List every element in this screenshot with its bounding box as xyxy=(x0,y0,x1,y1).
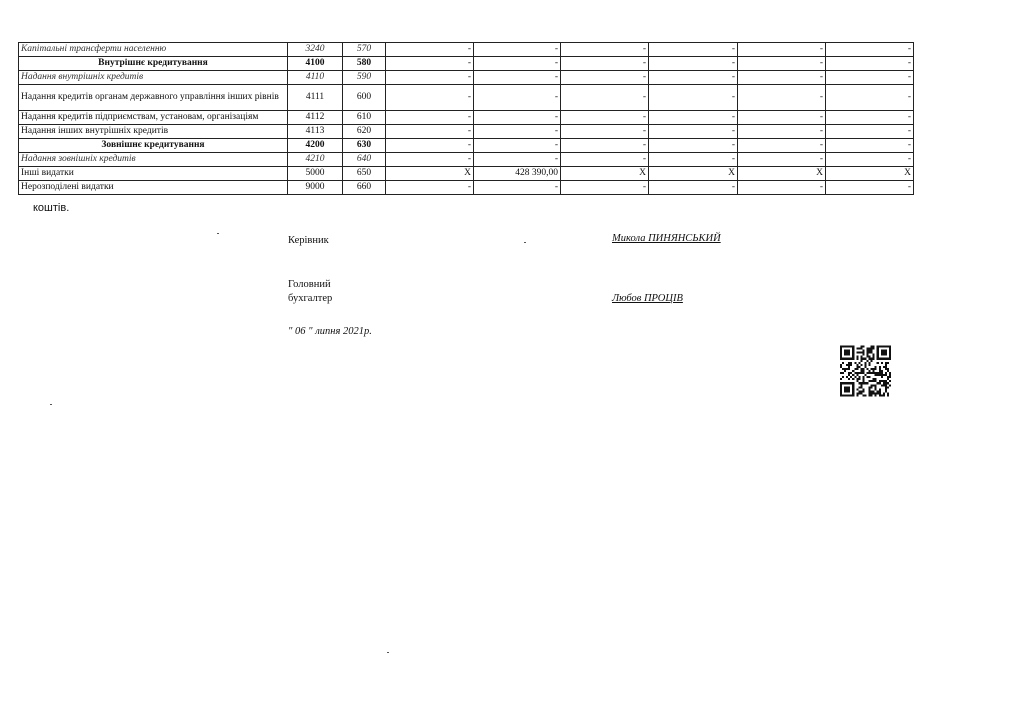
row-value: - xyxy=(561,85,649,111)
row-value: - xyxy=(826,181,914,195)
row-code: 4200 xyxy=(288,139,343,153)
row-value: - xyxy=(386,85,474,111)
scan-speck xyxy=(387,652,389,653)
row-value: - xyxy=(474,43,561,57)
head-label: Керівник xyxy=(288,235,329,246)
table-row: Надання інших внутрішніх кредитів4113620… xyxy=(19,125,914,139)
table-row: Надання зовнішніх кредитів4210640------ xyxy=(19,153,914,167)
row-value: - xyxy=(649,139,738,153)
row-code: 9000 xyxy=(288,181,343,195)
table-row: Внутрішнє кредитування4100580------ xyxy=(19,57,914,71)
row-value: - xyxy=(386,153,474,167)
row-value: - xyxy=(738,85,826,111)
row-line-code: 650 xyxy=(343,167,386,181)
row-value: - xyxy=(826,85,914,111)
row-value: - xyxy=(649,57,738,71)
row-code: 5000 xyxy=(288,167,343,181)
row-value: - xyxy=(738,57,826,71)
row-value: - xyxy=(649,71,738,85)
row-name: Надання кредитів органам державного упра… xyxy=(19,85,288,111)
row-line-code: 610 xyxy=(343,111,386,125)
row-code: 4110 xyxy=(288,71,343,85)
row-value: - xyxy=(474,85,561,111)
row-line-code: 630 xyxy=(343,139,386,153)
row-value: - xyxy=(561,125,649,139)
row-line-code: 640 xyxy=(343,153,386,167)
accountant-label-line2: бухгалтер xyxy=(288,293,332,304)
row-value: - xyxy=(649,43,738,57)
document-page: Капітальні трансферти населенню3240570--… xyxy=(0,0,1024,725)
footnote-text: коштів. xyxy=(33,202,69,214)
scan-speck xyxy=(50,404,52,405)
row-line-code: 600 xyxy=(343,85,386,111)
row-code: 3240 xyxy=(288,43,343,57)
row-value: - xyxy=(826,71,914,85)
row-value: - xyxy=(738,71,826,85)
row-value: - xyxy=(649,181,738,195)
expenditure-table: Капітальні трансферти населенню3240570--… xyxy=(18,42,914,195)
row-line-code: 570 xyxy=(343,43,386,57)
row-value: - xyxy=(738,111,826,125)
table-row: Інші видатки5000650X428 390,00XXXX xyxy=(19,167,914,181)
row-value: - xyxy=(826,57,914,71)
row-value: - xyxy=(738,181,826,195)
row-value: X xyxy=(738,167,826,181)
row-line-code: 590 xyxy=(343,71,386,85)
row-name: Надання зовнішніх кредитів xyxy=(19,153,288,167)
row-value: - xyxy=(738,139,826,153)
qr-code-icon xyxy=(840,342,891,400)
row-value: - xyxy=(474,181,561,195)
row-name: Надання інших внутрішніх кредитів xyxy=(19,125,288,139)
row-value: - xyxy=(649,111,738,125)
row-name: Нерозподілені видатки xyxy=(19,181,288,195)
row-value: X xyxy=(561,167,649,181)
row-value: - xyxy=(561,181,649,195)
accountant-name: Любов ПРОЦІВ xyxy=(612,293,683,304)
row-value: - xyxy=(386,139,474,153)
row-value: - xyxy=(649,125,738,139)
head-name: Микола ПИНЯНСЬКИЙ xyxy=(612,233,721,244)
table-row: Надання кредитів органам державного упра… xyxy=(19,85,914,111)
row-value: - xyxy=(826,43,914,57)
table-row: Зовнішнє кредитування4200630------ xyxy=(19,139,914,153)
row-value: - xyxy=(474,57,561,71)
row-value: - xyxy=(474,153,561,167)
row-value: - xyxy=(738,43,826,57)
row-value: - xyxy=(561,57,649,71)
row-value: - xyxy=(561,43,649,57)
row-value: - xyxy=(386,71,474,85)
row-value: - xyxy=(649,153,738,167)
row-line-code: 580 xyxy=(343,57,386,71)
row-value: - xyxy=(386,125,474,139)
row-value: X xyxy=(826,167,914,181)
row-value: - xyxy=(474,125,561,139)
row-value: - xyxy=(826,111,914,125)
row-value: - xyxy=(561,71,649,85)
table-row: Капітальні трансферти населенню3240570--… xyxy=(19,43,914,57)
row-value: - xyxy=(386,57,474,71)
row-value: - xyxy=(649,85,738,111)
row-code: 4111 xyxy=(288,85,343,111)
row-value: - xyxy=(386,181,474,195)
row-value: - xyxy=(474,111,561,125)
row-name: Зовнішнє кредитування xyxy=(19,139,288,153)
row-value: - xyxy=(738,125,826,139)
accountant-label-line1: Головний xyxy=(288,279,331,290)
row-code: 4113 xyxy=(288,125,343,139)
row-code: 4112 xyxy=(288,111,343,125)
row-value: - xyxy=(738,153,826,167)
row-line-code: 620 xyxy=(343,125,386,139)
row-name: Надання внутрішніх кредитів xyxy=(19,71,288,85)
row-code: 4100 xyxy=(288,57,343,71)
row-line-code: 660 xyxy=(343,181,386,195)
document-date: " 06 " липня 2021р. xyxy=(288,326,372,337)
row-value: - xyxy=(386,43,474,57)
row-name: Внутрішнє кредитування xyxy=(19,57,288,71)
row-name: Надання кредитів підприємствам, установа… xyxy=(19,111,288,125)
scan-speck xyxy=(524,242,526,243)
row-value: 428 390,00 xyxy=(474,167,561,181)
row-value: X xyxy=(649,167,738,181)
row-value: - xyxy=(826,125,914,139)
table-row: Надання внутрішніх кредитів4110590------ xyxy=(19,71,914,85)
row-value: - xyxy=(561,139,649,153)
row-value: - xyxy=(561,153,649,167)
table-row: Надання кредитів підприємствам, установа… xyxy=(19,111,914,125)
row-name: Капітальні трансферти населенню xyxy=(19,43,288,57)
row-value: - xyxy=(474,139,561,153)
row-value: X xyxy=(386,167,474,181)
scan-speck xyxy=(217,233,219,234)
row-value: - xyxy=(561,111,649,125)
row-value: - xyxy=(826,153,914,167)
row-code: 4210 xyxy=(288,153,343,167)
table-row: Нерозподілені видатки9000660------ xyxy=(19,181,914,195)
row-value: - xyxy=(474,71,561,85)
row-name: Інші видатки xyxy=(19,167,288,181)
row-value: - xyxy=(826,139,914,153)
row-value: - xyxy=(386,111,474,125)
